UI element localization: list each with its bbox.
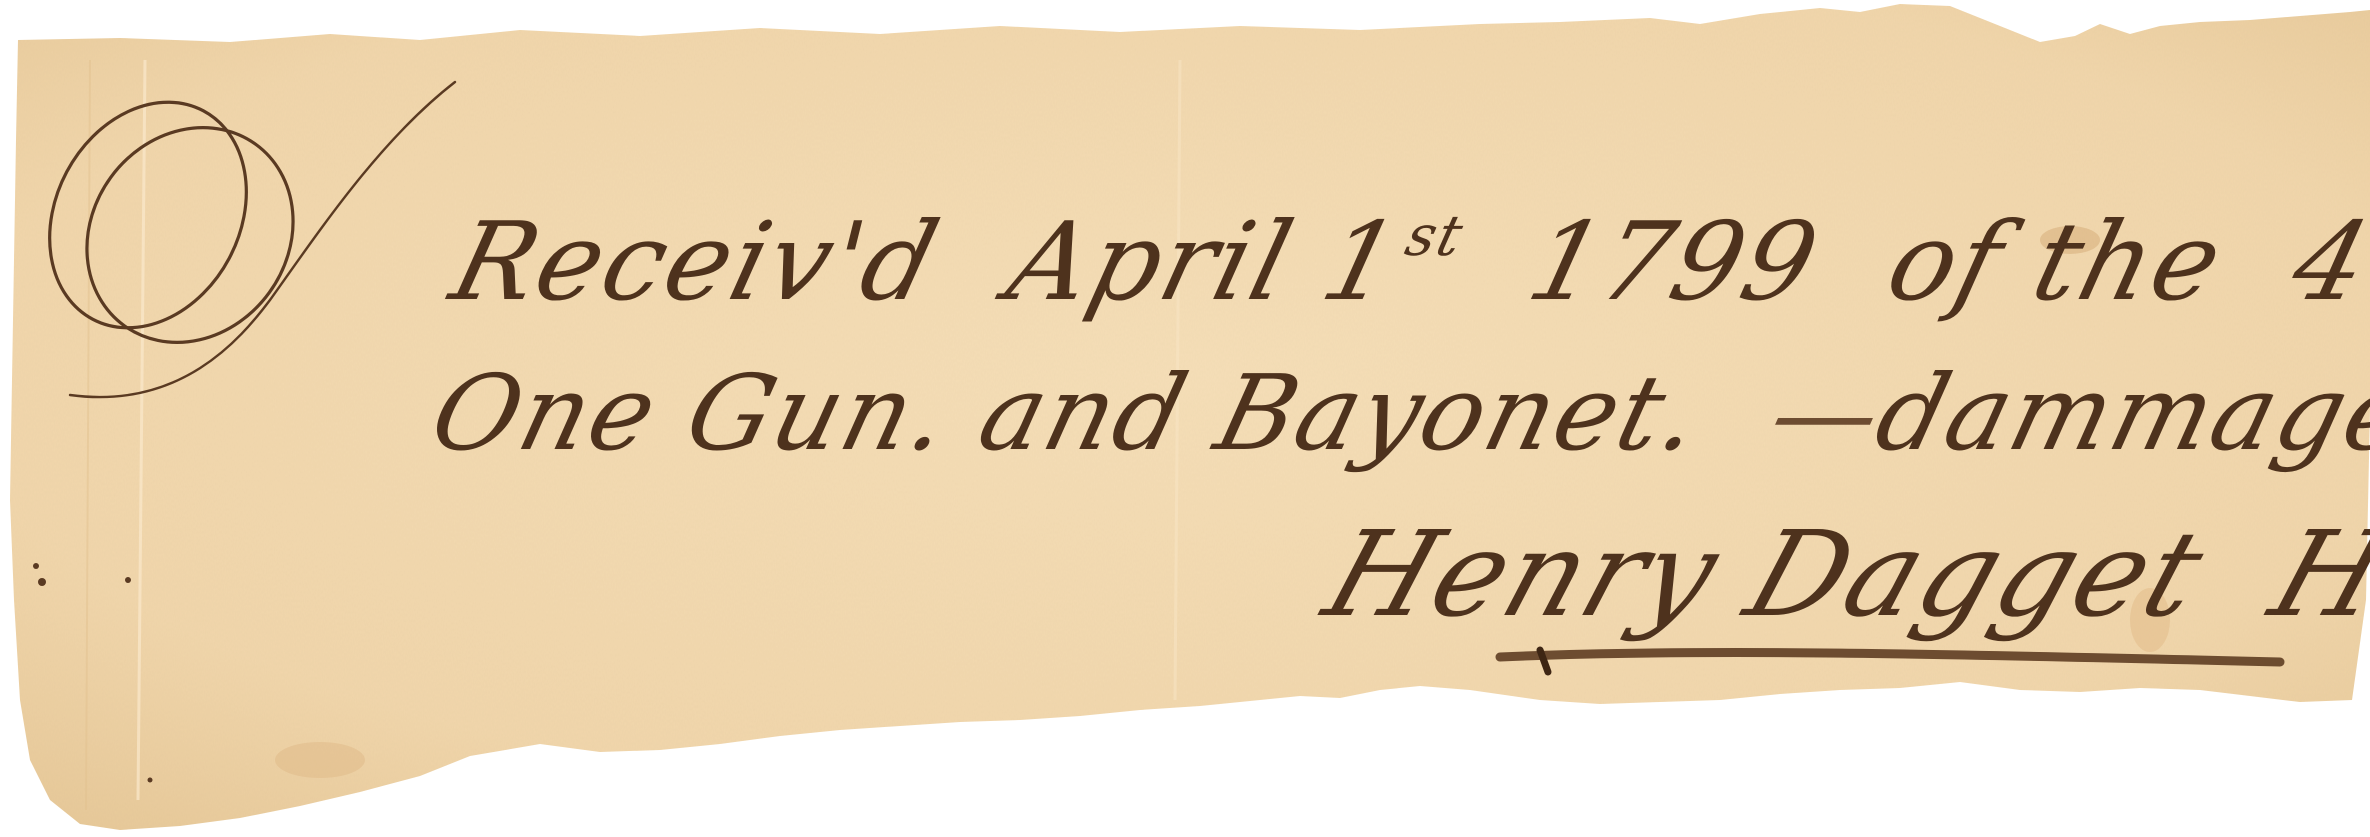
date: April 1st xyxy=(996,200,1508,325)
of-the-text: of the xyxy=(1876,200,2235,325)
receipt-line-2: One Gun. and Bayonet. —dammaged— xyxy=(420,352,2370,474)
condition-text: dammaged xyxy=(1865,352,2370,474)
signature-name: Henry Dagget xyxy=(1310,505,2221,643)
company-number: 4 xyxy=(2281,200,2370,325)
company: 4th Co xyxy=(2281,200,2370,325)
date-day: 1 xyxy=(1311,200,1413,325)
document-scan: Receiv'd April 1st 1799 of the 4th Co On… xyxy=(0,0,2370,837)
items-text: One Gun. and Bayonet. xyxy=(420,352,1714,474)
date-year: 1799 xyxy=(1517,200,1831,325)
signature-title: H. P. M. xyxy=(2256,505,2370,643)
received-word: Receiv'd xyxy=(440,200,951,325)
date-month: April xyxy=(996,200,1305,325)
receipt-line-1: Receiv'd April 1st 1799 of the 4th Co xyxy=(440,200,2370,325)
signature: Henry Dagget H. P. M. xyxy=(1310,505,2370,643)
date-day-suffix: st xyxy=(1399,204,1470,269)
